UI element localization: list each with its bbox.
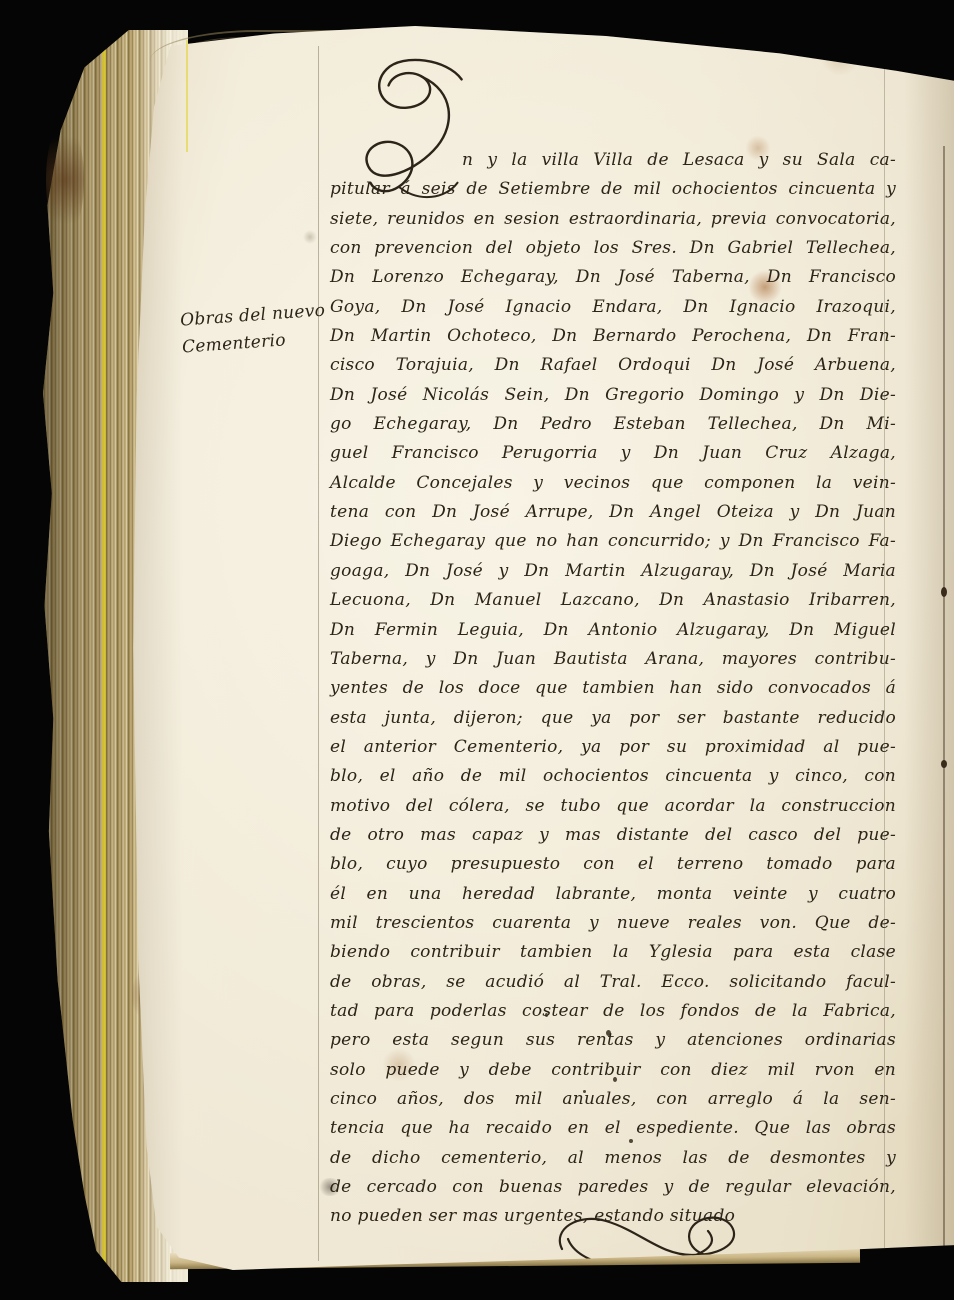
margin-note: Obras del nuevo Cementerio (179, 296, 342, 361)
photo-backdrop: Obras del nuevo Cementerio E n y la vill… (0, 0, 954, 1300)
page-edge-nick (941, 760, 947, 768)
manuscript-line: Dn Lorenzo Echegaray, Dn José Taberna, D… (330, 263, 896, 292)
manuscript-line: yentes de los doce que tambien han sido … (330, 674, 896, 703)
manuscript-line: el anterior Cementerio, ya por su proxim… (330, 733, 896, 762)
manuscript-page: Obras del nuevo Cementerio E n y la vill… (125, 26, 954, 1270)
manuscript-line: cinco años, dos mil anuales, con arreglo… (330, 1085, 896, 1114)
manuscript-line: cisco Torajuia, Dn Rafael Ordoqui Dn Jos… (330, 351, 896, 380)
manuscript-line: Taberna, y Dn Juan Bautista Arana, mayor… (330, 645, 896, 674)
manuscript-line: mil trescientos cuarenta y nueve reales … (330, 909, 896, 938)
fore-edge-yellow-stripe (102, 30, 106, 1282)
manuscript-line: pitular á seis de Setiembre de mil ochoc… (330, 175, 896, 204)
manuscript-line: pero esta segun sus rentas y atenciones … (330, 1026, 896, 1055)
foxing-stain (820, 36, 860, 76)
manuscript-text: n y la villa Villa de Lesaca y su Sala c… (330, 146, 896, 1232)
manuscript-line: Diego Echegaray que no han concurrido; y… (330, 527, 896, 556)
manuscript-line: blo, el año de mil ochocientos cincuenta… (330, 762, 896, 791)
manuscript-line: él en una heredad labrante, monta veinte… (330, 880, 896, 909)
manuscript-line: Alcalde Concejales y vecinos que compone… (330, 469, 896, 498)
foxing-stain (303, 230, 317, 244)
manuscript-line: guel Francisco Perugorria y Dn Juan Cruz… (330, 439, 896, 468)
manuscript-line: de dicho cementerio, al menos las de des… (330, 1144, 896, 1173)
manuscript-line: Dn José Nicolás Sein, Dn Gregorio Doming… (330, 381, 896, 410)
manuscript-line: de cercado con buenas paredes y de regul… (330, 1173, 896, 1202)
manuscript-line: esta junta, dijeron; que ya por ser bast… (330, 704, 896, 733)
manuscript-line: go Echegaray, Dn Pedro Esteban Tellechea… (330, 410, 896, 439)
manuscript-line: siete, reunidos en sesion estraordinaria… (330, 205, 896, 234)
page-right-edge-shadow (943, 146, 945, 1258)
manuscript-line: solo puede y debe contribuir con diez mi… (330, 1056, 896, 1085)
manuscript-line: de otro mas capaz y mas distante del cas… (330, 821, 896, 850)
manuscript-line: tencia que ha recaido en el espediente. … (330, 1114, 896, 1143)
manuscript-line: motivo del cólera, se tubo que acordar l… (330, 792, 896, 821)
page-corner-yellow-edge (186, 40, 188, 152)
manuscript-line: biendo contribuir tambien la Yglesia par… (330, 938, 896, 967)
manuscript-line: con prevencion del objeto los Sres. Dn G… (330, 234, 896, 263)
manuscript-line: tena con Dn José Arrupe, Dn Angel Oteiza… (330, 498, 896, 527)
manuscript-line: Dn Fermin Leguia, Dn Antonio Alzugaray, … (330, 616, 896, 645)
fore-edge-stain (46, 120, 84, 240)
manuscript-line: n y la villa Villa de Lesaca y su Sala c… (330, 146, 896, 175)
manuscript-line: Goya, Dn José Ignacio Endara, Dn Ignacio… (330, 293, 896, 322)
manuscript-line: Lecuona, Dn Manuel Lazcano, Dn Anastasio… (330, 586, 896, 615)
manuscript-line: Dn Martin Ochoteco, Dn Bernardo Perochen… (330, 322, 896, 351)
manuscript-line: tad para poderlas costear de los fondos … (330, 997, 896, 1026)
page-edge-nick (941, 587, 947, 597)
manuscript-line: de obras, se acudió al Tral. Ecco. solic… (330, 968, 896, 997)
margin-rule-left (318, 46, 319, 1261)
manuscript-line: blo, cuyo presupuesto con el terreno tom… (330, 850, 896, 879)
manuscript-line: goaga, Dn José y Dn Martin Alzugaray, Dn… (330, 557, 896, 586)
